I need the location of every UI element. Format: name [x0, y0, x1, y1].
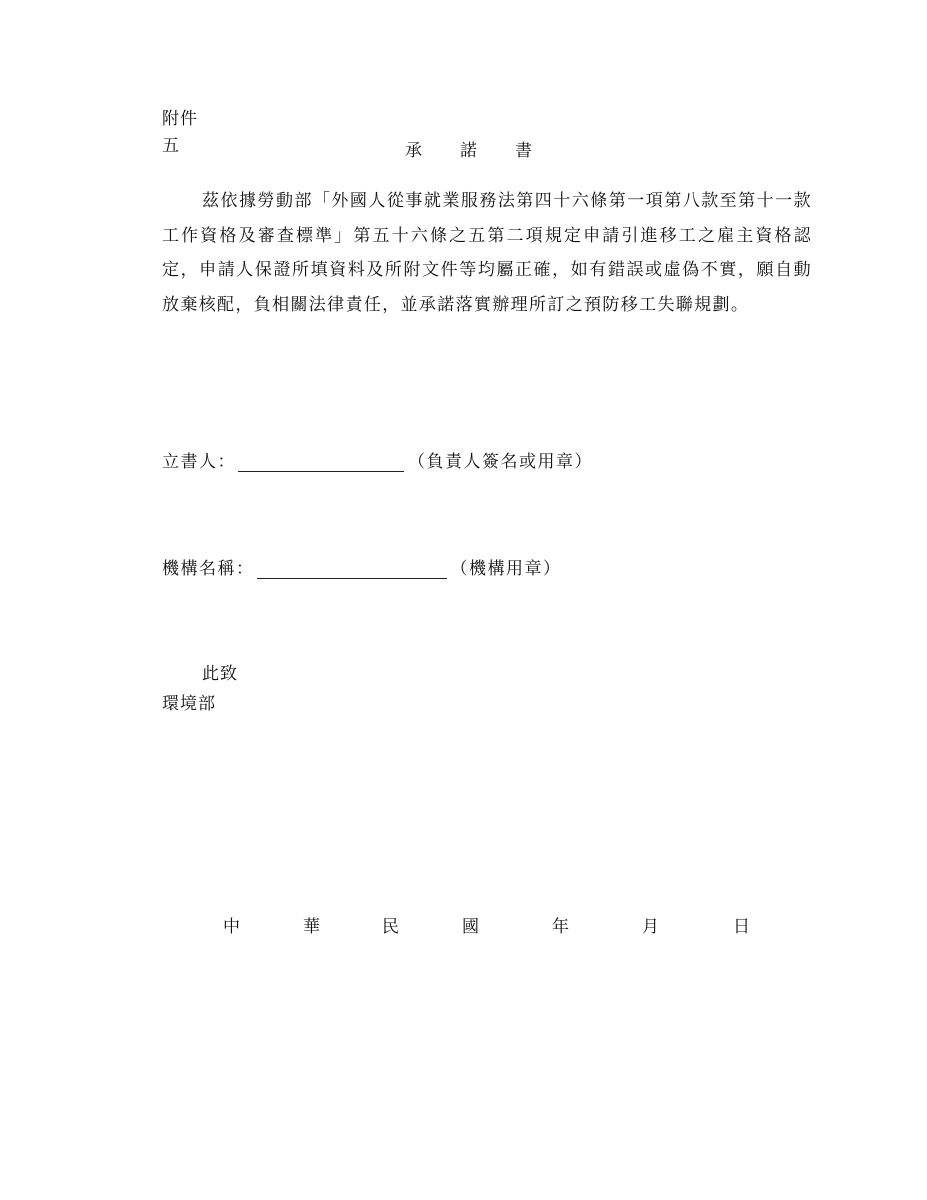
date-line: 中 華 民 國 年 月 日 — [0, 912, 927, 934]
date-day-label: 日 — [733, 912, 750, 937]
organization-label: 機構名稱： — [162, 559, 255, 579]
date-char: 民 — [382, 912, 399, 937]
title-char: 諾 — [460, 136, 515, 161]
date-year-label: 年 — [552, 912, 569, 937]
date-char: 中 — [223, 912, 240, 937]
organization-row: 機構名稱： （機構用章） — [162, 559, 562, 579]
commitment-paragraph: 茲依據勞動部「外國人從事就業服務法第四十六條第一項第八款至第十一款工作資格及審查… — [162, 184, 812, 322]
signatory-signature-line[interactable] — [238, 454, 404, 472]
date-char: 國 — [462, 912, 479, 937]
signatory-label: 立書人： — [162, 452, 236, 472]
document-page: 附件 五 承 諾 書 茲依據勞動部「外國人從事就業服務法第四十六條第一項第八款至… — [0, 0, 927, 1200]
document-title: 承 諾 書 — [405, 136, 532, 161]
organization-name-line[interactable] — [257, 561, 447, 579]
signatory-note: （負責人簽名或用章） — [408, 452, 593, 472]
title-char: 承 — [405, 136, 460, 161]
signatory-row: 立書人： （負責人簽名或用章） — [162, 452, 593, 472]
organization-note: （機構用章） — [451, 559, 562, 579]
recipient: 環境部 — [162, 694, 216, 714]
title-char: 書 — [515, 136, 532, 161]
date-month-label: 月 — [642, 912, 659, 937]
closing-phrase: 此致 — [202, 664, 238, 684]
attachment-label: 附件 — [162, 109, 198, 129]
attachment-number: 五 — [162, 136, 180, 156]
date-char: 華 — [303, 912, 320, 937]
